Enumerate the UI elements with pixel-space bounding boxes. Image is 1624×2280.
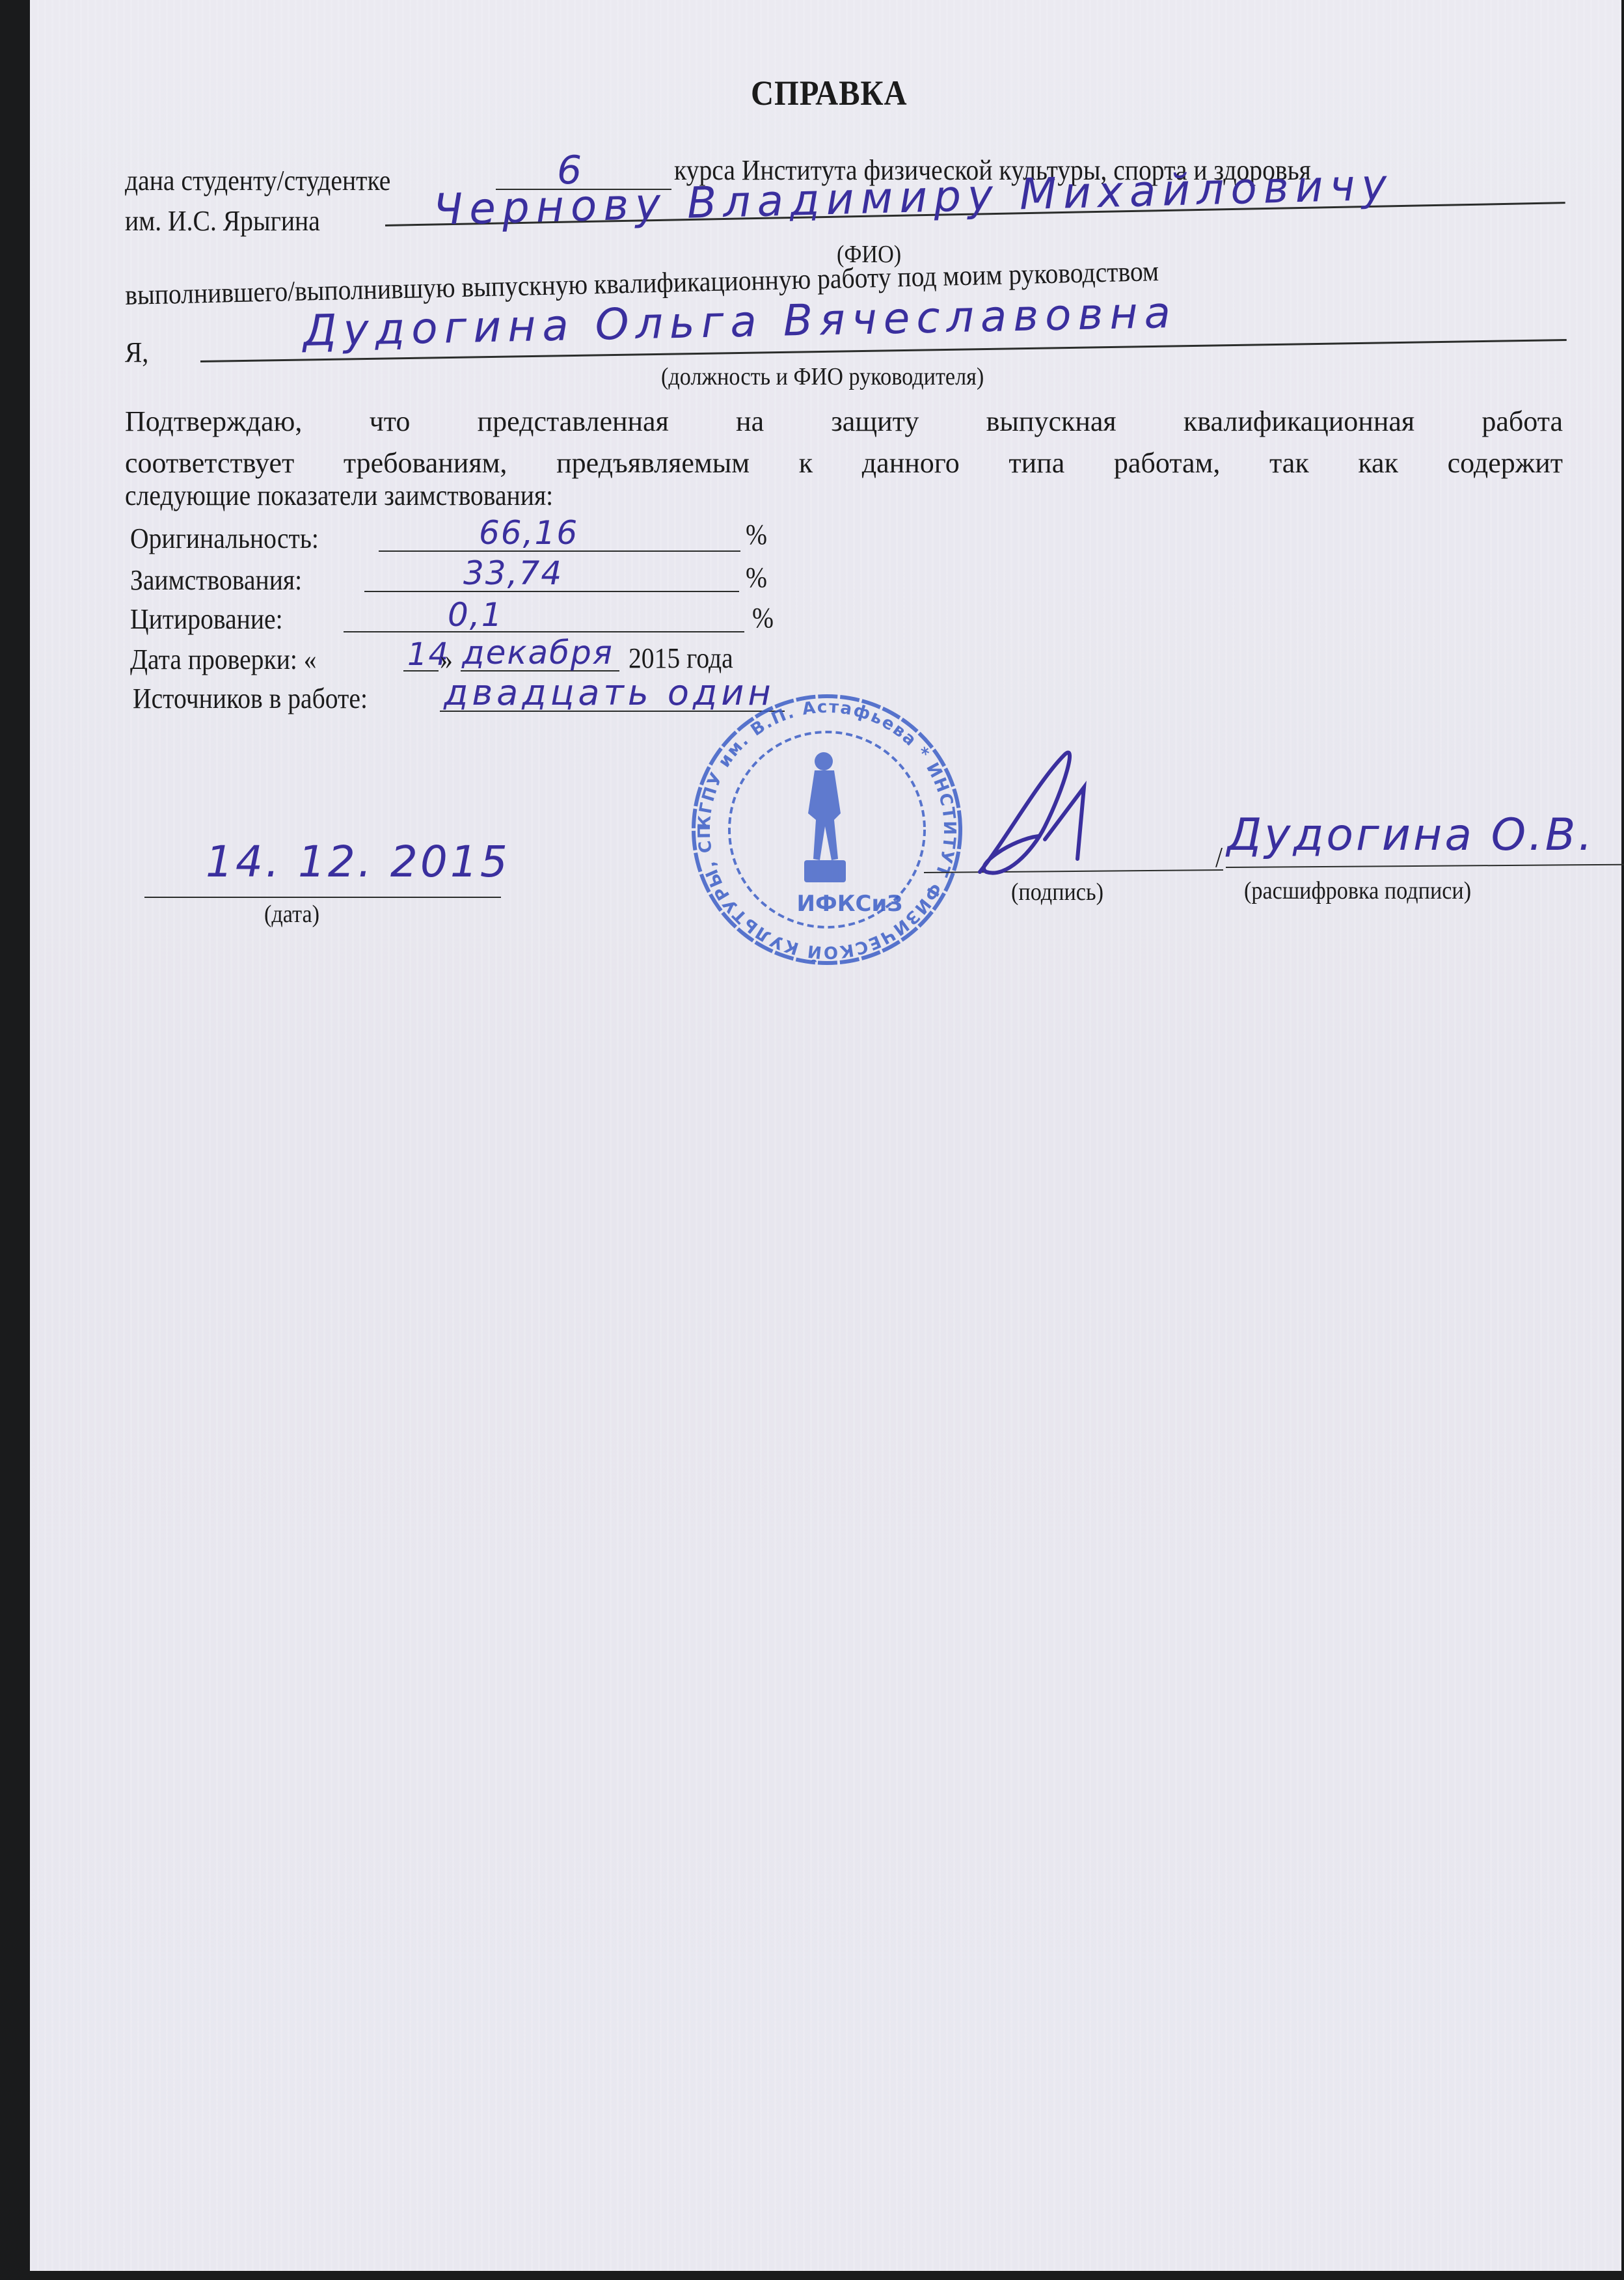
word: выпускная: [986, 407, 1116, 436]
check-year-suffix: 2015 года: [629, 644, 733, 673]
originality-label: Оригинальность:: [130, 524, 319, 553]
word: Подтверждаю,: [125, 407, 302, 436]
citation-label: Цитирование:: [130, 605, 283, 634]
signed-date-field[interactable]: 14. 12. 2015: [206, 841, 510, 884]
confirmation-line-1: Подтверждаю, что представленная на защит…: [125, 407, 1563, 436]
date-caption: (дата): [264, 902, 319, 927]
official-stamp: КГПУ им. В.П. Астафьева * ИНСТИТУТ ФИЗИЧ…: [687, 690, 967, 970]
word: данного: [862, 449, 960, 478]
document-page: СПРАВКА дана студенту/студентке 6 курса …: [30, 0, 1621, 2271]
sources-label: Источников в работе:: [133, 685, 368, 713]
line1-prefix: дана студенту/студентке: [125, 167, 390, 195]
word: содержит: [1448, 449, 1563, 478]
word: работам,: [1114, 449, 1220, 478]
word: квалификационная: [1184, 407, 1414, 436]
check-date-label: Дата проверки: «: [130, 645, 317, 674]
citation-unit: %: [752, 604, 774, 632]
supervisor-caption: (должность и ФИО руководителя): [661, 364, 984, 389]
date-underline: [144, 897, 501, 898]
borrowing-label: Заимствования:: [130, 566, 302, 595]
line2-prefix: им. И.С. Ярыгина: [125, 207, 320, 236]
check-date-mid: »: [440, 645, 453, 674]
word: работа: [1482, 407, 1563, 436]
confirmation-line-3: следующие показатели заимствования:: [125, 482, 553, 510]
borrowing-field[interactable]: 33,74: [463, 557, 563, 590]
word: так: [1269, 449, 1309, 478]
citation-field[interactable]: 0,1: [448, 599, 504, 631]
signature-icon[interactable]: [967, 742, 1123, 891]
word: что: [370, 407, 411, 436]
signature-caption: (подпись): [1011, 880, 1103, 904]
signature-decoding-field[interactable]: Дудогина О.В.: [1227, 813, 1595, 858]
originality-unit: %: [746, 521, 767, 549]
word: типа: [1008, 449, 1064, 478]
line4-prefix: Я,: [125, 338, 148, 367]
originality-field[interactable]: 66,16: [479, 517, 578, 549]
stamp-center-text: ИФКСиЗ: [797, 891, 903, 917]
word: представленная: [478, 407, 669, 436]
word: соответствует: [125, 449, 294, 478]
statue-icon: [804, 752, 846, 882]
decoding-underline: [1226, 864, 1624, 868]
word: как: [1358, 449, 1398, 478]
borrowing-unit: %: [746, 563, 767, 592]
confirmation-line-2: соответствует требованиям, предъявляемым…: [125, 449, 1563, 478]
document-title: СПРАВКА: [751, 75, 908, 111]
signature-slash: /: [1215, 843, 1223, 872]
word: к: [799, 449, 813, 478]
word: защиту: [831, 407, 919, 436]
check-month-field[interactable]: декабря: [462, 636, 614, 669]
word: на: [736, 407, 764, 436]
decoding-caption: (расшифровка подписи): [1244, 878, 1471, 903]
word: требованиям,: [344, 449, 507, 478]
word: предъявляемым: [556, 449, 750, 478]
citation-underline: [344, 631, 744, 632]
